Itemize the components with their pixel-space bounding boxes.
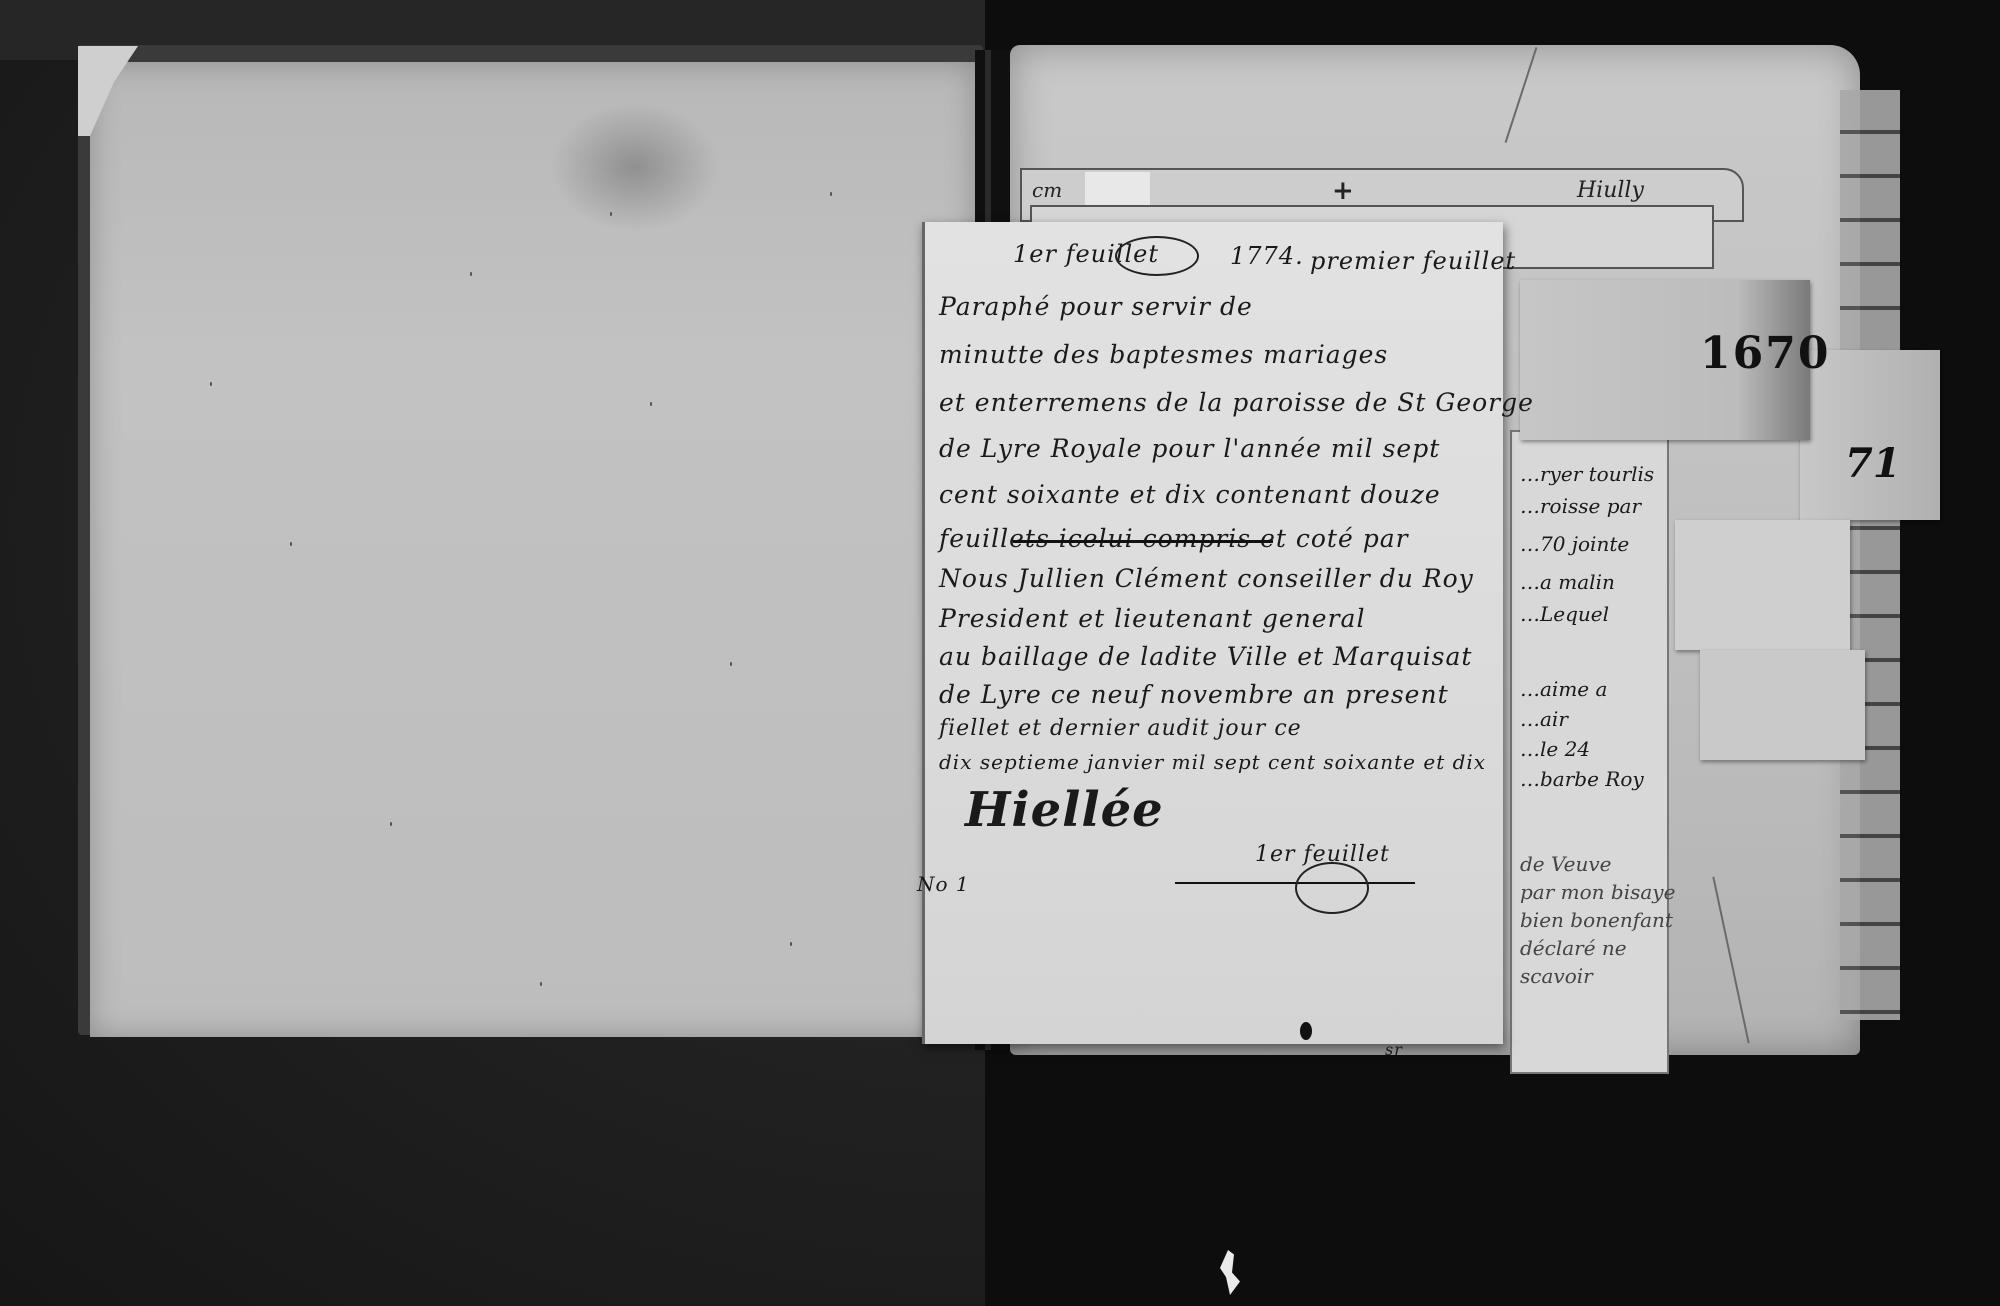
note-line: Paraphé pour servir de [939, 292, 1253, 321]
water-stain [550, 102, 720, 232]
note-line: et enterremens de la paroisse de St Geor… [939, 388, 1534, 417]
strip-line: de Veuve [1520, 852, 1611, 876]
speck [730, 662, 732, 666]
strip-line: …air [1520, 707, 1568, 731]
strip-line: par mon bisaye [1520, 880, 1675, 904]
tab-label-blank [1675, 520, 1850, 650]
strip-line: bien bonenfant [1520, 908, 1673, 932]
speck [790, 942, 792, 946]
note-line: minutte des baptesmes mariages [939, 340, 1388, 369]
speck [650, 402, 652, 406]
speck [540, 982, 542, 986]
left-blank-page [90, 62, 975, 1037]
speck [290, 542, 292, 546]
note-line: Nous Jullien Clément conseiller du Roy [939, 564, 1474, 593]
strip-line: …a malin [1520, 570, 1615, 594]
note-line: feuillets icelui compris et coté par [939, 524, 1409, 553]
signature: Hiellée [965, 782, 1164, 838]
top-slip-left-text: cm [1032, 178, 1062, 202]
speck [210, 382, 212, 386]
strip-line: …aime a [1520, 677, 1607, 701]
tab-label-1670: 1670 [1520, 280, 1810, 440]
note-header-year: 1774. [1230, 242, 1304, 270]
note-line: fiellet et dernier audit jour ce [939, 716, 1302, 741]
strip-line: …barbe Roy [1520, 767, 1644, 791]
strip-line: …ryer tourlis [1520, 462, 1654, 486]
note-line: cent soixante et dix contenant douze [939, 480, 1441, 509]
strip-line: …le 24 [1520, 737, 1590, 761]
note-line: dix septieme janvier mil sept cent soixa… [939, 750, 1486, 774]
strip-line: …70 jointe [1520, 532, 1629, 556]
strip-line: scavoir [1520, 964, 1593, 988]
folded-corner [78, 46, 138, 136]
speck [390, 822, 392, 826]
note-line: au baillage de ladite Ville et Marquisat [939, 642, 1472, 671]
paraph-flourish [1115, 236, 1199, 276]
side-strip: …ryer tourlis …roisse par …70 jointe …a … [1510, 430, 1669, 1074]
tab-label-blank-2 [1700, 650, 1865, 760]
note-header-right: premier feuillet [1310, 247, 1516, 275]
top-slip-right-text: Hiully [1577, 178, 1644, 203]
handwritten-note: 1er feuillet 1774. premier feuillet Para… [922, 222, 1503, 1044]
strip-line: …Lequel [1520, 602, 1609, 626]
note-small-mark: sr [1385, 1040, 1403, 1059]
tab-71-text: 71 [1845, 440, 1901, 487]
speck [610, 212, 612, 216]
margin-note: No 1 [917, 872, 970, 896]
top-slip-mark: + [1332, 176, 1354, 206]
note-line: de Lyre Royale pour l'année mil sept [939, 434, 1440, 463]
tab-1670-text: 1670 [1700, 328, 1830, 379]
ink-blot [1300, 1022, 1312, 1040]
note-line: President et lieutenant general [939, 604, 1365, 633]
speck [830, 192, 832, 196]
strip-line: déclaré ne [1520, 936, 1627, 960]
paraph-flourish [1295, 862, 1369, 914]
strip-line: …roisse par [1520, 494, 1641, 518]
strikethrough [1013, 540, 1273, 543]
note-line: de Lyre ce neuf novembre an present [939, 680, 1449, 709]
speck [470, 272, 472, 276]
